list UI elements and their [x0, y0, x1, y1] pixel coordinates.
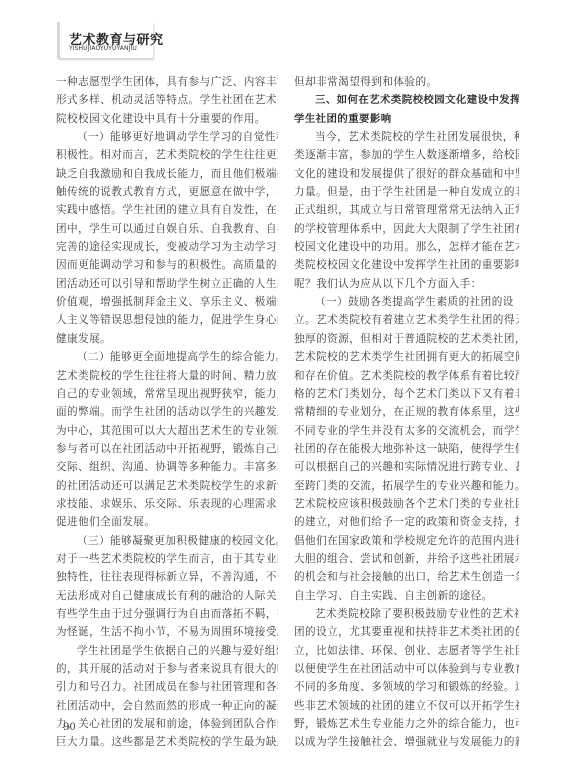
text-line: 团的设立，尤其要重视和扶持非艺术类社团的创 [294, 623, 519, 641]
text-line: 参与者可以在社团活动中开拓视野，锻炼自己的 [56, 440, 278, 458]
text-line: 艺术院校的艺术类学生社团拥有更大的拓展空间 [294, 348, 519, 366]
text-line: 有些学生由于过分强调行为自由而落拓不羁，行 [56, 605, 278, 623]
text-line: 倡他们在国家政策和学校规定允许的范围内进行 [294, 532, 519, 550]
text-line: 价值观，增强抵制拜金主义、享乐主义、极端个 [56, 293, 278, 311]
text-line: 立。艺术类院校有着建立艺术类学生社团的得天 [294, 311, 519, 329]
text-line: 至跨门类的交流，拓展学生的专业兴趣和能力。 [294, 477, 519, 495]
text-line: 为怪诞，生活不拘小节，不易为周围环境接受。 [56, 623, 278, 641]
text-line: 无法形成对自己健康成长有利的融洽的人际关系。 [56, 587, 278, 605]
text-line: 的社团活动还可以满足艺术类院校学生的求新知、 [56, 477, 278, 495]
text-line: 院校校园文化建设中具有十分重要的作用。 [56, 110, 278, 128]
text-line: 类逐渐丰富，参加的学生人数逐渐增多，给校园 [294, 146, 519, 164]
text-line: 大胆的组合、尝试和创新，并给予这些社团展示 [294, 550, 519, 568]
text-line: 完善的途径实现成长，变被动学习为主动学习， [56, 238, 278, 256]
text-line: 一种志愿型学生团体，具有参与广泛、内容丰富、 [56, 73, 278, 91]
text-line: 缺乏自我激励和自我成长能力，而且他们极端抵 [56, 165, 278, 183]
text-line: 的建立，对他们给予一定的政策和资金支持，提 [294, 513, 519, 531]
text-line: 触传统的说教式教育方式，更愿意在做中学，在 [56, 183, 278, 201]
text-line: 和存在价值。艺术类院校的教学体系有着比较严 [294, 367, 519, 385]
text-line: （二）能够更全面地提高学生的综合能力。 [56, 348, 278, 366]
text-line: 巨大力量。这些都是艺术类院校的学生最为缺乏 [56, 733, 278, 751]
text-line: 艺术类院校除了要积极鼓励专业性的艺术社 [294, 605, 519, 623]
text-line: 正式组织，其成立与日常管理常常无法纳入正常 [294, 201, 519, 219]
text-line: 文化的建设和发展提供了很好的群众基础和中坚 [294, 165, 519, 183]
text-line: 些非艺术领域的社团的建立不仅可以开拓学生视 [294, 697, 519, 715]
text-line: 引力和号召力。社团成员在参与社团管理和各种 [56, 678, 278, 696]
page-number: 90 [63, 722, 76, 733]
text-line: 学生社团是学生依据自己的兴趣与爱好组建 [56, 642, 278, 660]
text-line: 对于一些艺术类院校的学生而言，由于其专业的 [56, 550, 278, 568]
text-line: 健康发展。 [56, 330, 278, 348]
text-line: 独特性，往往表现得标新立异，不善沟通，不合群， [56, 568, 278, 586]
text-line: 自己的专业领域，常常呈现出视野狭窄，能力片 [56, 385, 278, 403]
text-line: 以便使学生在社团活动中可以体验到与专业教育 [294, 660, 519, 678]
text-line: 校园文化建设中的功用。那么，怎样才能在艺术 [294, 238, 519, 256]
text-line: 的机会和与社会接触的出口，给艺术生创造一条 [294, 568, 519, 586]
text-line: 力，关心社团的发展和前途，体验到团队合作的 [56, 715, 278, 733]
text-line: 以成为学生接触社会、增强就业与发展能力的新 [294, 733, 519, 751]
text-line: 社团活动中，会自然而然的形成一种正向的凝聚 [56, 697, 278, 715]
section-heading-line: 学生社团的重要影响 [294, 110, 519, 128]
text-line: 交际、组织、沟通、协调等多种能力。丰富多彩 [56, 458, 278, 476]
text-line: 但却非常渴望得到和体验的。 [294, 73, 519, 91]
text-line: 当今，艺术类院校的学生社团发展很快，种 [294, 128, 519, 146]
text-line: 力量。但是，由于学生社团是一种自发成立的非 [294, 183, 519, 201]
text-line: 求技能、求娱乐、乐交际、乐表现的心理需求， [56, 495, 278, 513]
text-line: 立，比如法律、环保、创业、志愿者等学生社团， [294, 642, 519, 660]
text-line: 为中心，其范围可以大大超出艺术生的专业领域， [56, 422, 278, 440]
text-line: 不同的多角度、多领域的学习和锻炼的经验。这 [294, 678, 519, 696]
text-line: 艺术院校应该积极鼓励各个艺术门类的专业社团 [294, 495, 519, 513]
right-text-column: 但却非常渴望得到和体验的。三、如何在艺术类院校校园文化建设中发挥学生社团的重要影… [294, 73, 519, 752]
text-line: 积极性。相对而言，艺术类院校的学生往往更加 [56, 146, 278, 164]
text-line: 团活动还可以引导和帮助学生树立正确的人生观、 [56, 275, 278, 293]
text-line: 独厚的资源，但相对于普通院校的艺术类社团， [294, 330, 519, 348]
text-line: 常精细的专业划分，在正规的教育体系里，这些 [294, 403, 519, 421]
text-line: 野，锻炼艺术生专业能力之外的综合能力，也可 [294, 715, 519, 733]
text-line: 的学校管理体系中，因此大大限制了学生社团在 [294, 220, 519, 238]
text-line: 类院校校园文化建设中发挥学生社团的重要影响 [294, 256, 519, 274]
text-line: 人主义等错误思想侵蚀的能力，促进学生身心的 [56, 311, 278, 329]
text-line: 社团的存在能极大地弥补这一缺陷，使得学生们 [294, 440, 519, 458]
text-line: 自主学习、自主实践、自主创新的途径。 [294, 587, 519, 605]
text-line: 实践中感悟。学生社团的建立具有自发性，在社 [56, 201, 278, 219]
text-line: （一）能够更好地调动学生学习的自觉性和 [56, 128, 278, 146]
text-line: 因而更能调动学习和参与的积极性。高质量的社 [56, 256, 278, 274]
text-line: 呢？我们认为应从以下几个方面入手： [294, 275, 519, 293]
text-line: （一）鼓励各类提高学生素质的社团的设 [294, 293, 519, 311]
text-line: 不同专业的学生并没有太多的交流机会，而学生 [294, 422, 519, 440]
text-line: 格的艺术门类划分，每个艺术门类以下又有着非 [294, 385, 519, 403]
text-line: 面的弊端。而学生社团的活动以学生的兴趣发展 [56, 403, 278, 421]
journal-header: 艺术教育与研究 YISHUJIAOYUYUYANJIU [57, 22, 153, 58]
text-line: 的，其开展的活动对于参与者来说具有很大的吸 [56, 660, 278, 678]
text-line: 艺术类院校的学生往往将大量的时间、精力放在 [56, 367, 278, 385]
left-text-column: 一种志愿型学生团体，具有参与广泛、内容丰富、形式多样、机动灵活等特点。学生社团在… [56, 73, 278, 752]
journal-title-pinyin: YISHUJIAOYUYUYANJIU [69, 45, 137, 52]
text-line: 形式多样、机动灵活等特点。学生社团在艺术类 [56, 91, 278, 109]
text-line: 促进他们全面发展。 [56, 513, 278, 531]
text-line: 团中，学生可以通过自娱自乐、自我教育、自我 [56, 220, 278, 238]
section-heading-line: 三、如何在艺术类院校校园文化建设中发挥 [294, 91, 519, 109]
text-line: 可以根据自己的兴趣和实际情况进行跨专业、甚 [294, 458, 519, 476]
text-line: （三）能够凝聚更加积极健康的校园文化。 [56, 532, 278, 550]
